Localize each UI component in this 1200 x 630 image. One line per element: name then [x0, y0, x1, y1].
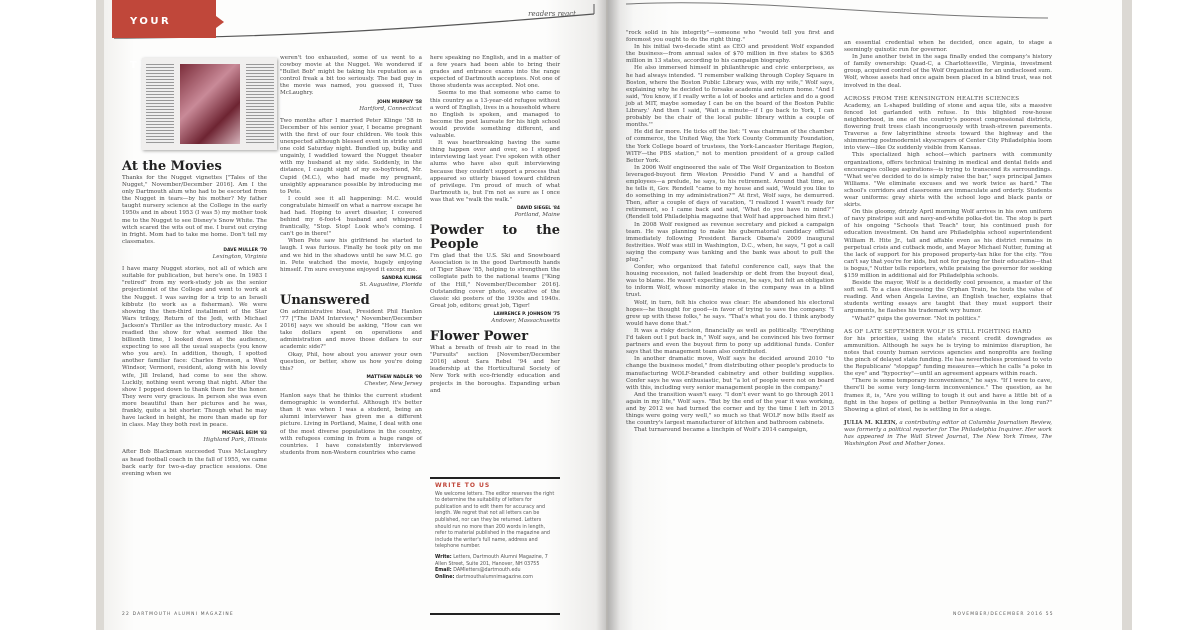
- article-column-1: "rock solid in his integrity"—someone wh…: [626, 30, 834, 434]
- letter-heading: At the Movies: [122, 160, 267, 174]
- letter-body: I have many Nugget stories, not all of w…: [122, 266, 267, 429]
- article-paragraph: "rock solid in his integrity"—someone wh…: [626, 30, 834, 44]
- article-paragraph: Wolf, in turn, felt his choice was clear…: [626, 300, 834, 328]
- letter-heading: Powder to the People: [430, 224, 560, 252]
- magazine-spread: YOUR TURN readers react At the Movies Th…: [96, 0, 1132, 630]
- letter-body: What a breath of fresh air to read in th…: [430, 345, 560, 395]
- letter-signature: MATTHEW NADLER '90: [280, 374, 422, 381]
- running-head: readers react: [528, 10, 576, 18]
- letter-body: Okay, Phil, how about you answer your ow…: [280, 352, 422, 373]
- header-swoosh-rule: [608, 0, 1122, 30]
- write-to-us-title: WRITE TO US: [435, 483, 555, 490]
- letter-location: Chester, New Jersey: [280, 381, 422, 388]
- letter-location: Lexington, Virginia: [122, 254, 267, 261]
- letter-body: I could see it all happening: M.C. would…: [280, 196, 422, 239]
- letter-body: Hanlon says that he thinks the current s…: [280, 393, 422, 457]
- left-page: YOUR TURN readers react At the Movies Th…: [104, 0, 606, 630]
- letter-heading: Flower Power: [430, 330, 560, 344]
- letter-body: Thanks for the Nugget vignettes ["Tales …: [122, 175, 267, 246]
- write-to-us-body: We welcome letters. The editor reserves …: [435, 492, 555, 551]
- author-name: JULIA M. KLEIN,: [844, 420, 897, 426]
- letter-signature: JOHN MURPHY '58: [280, 99, 422, 106]
- left-folio: 22 DARTMOUTH ALUMNI MAGAZINE: [122, 612, 234, 617]
- section-lead-in: ACROSS FROM THE KENSINGTON HEALTH SCIENC…: [844, 96, 1052, 103]
- letter-signature: SANDRA KLINGE: [280, 275, 422, 282]
- thumbnail-text-column: [146, 64, 174, 144]
- previous-issue-thumbnail: [142, 58, 277, 150]
- letter-body: I'm glad that the U.S. Ski and Snowboard…: [430, 253, 560, 310]
- letter-signature: DAVID SIEGEL '84: [430, 205, 560, 212]
- right-page: "rock solid in his integrity"—someone wh…: [608, 0, 1122, 630]
- article-paragraph: He also immersed himself in philanthropi…: [626, 65, 834, 129]
- online-label: Online:: [435, 575, 454, 580]
- letter-body: It was heartbreaking having the same thi…: [430, 140, 560, 204]
- article-paragraph: In June another twist in the saga finall…: [844, 54, 1052, 89]
- letter-body: On administrative bloat, President Phil …: [280, 309, 422, 352]
- letter-location: Andover, Massachusetts: [430, 318, 560, 325]
- letter-signature: MICHAEL BEIM '83: [122, 430, 267, 437]
- article-paragraph: In another dramatic move, Wolf says he d…: [626, 356, 834, 391]
- write-label: Write:: [435, 555, 452, 560]
- right-folio: NOVEMBER/DECEMBER 2016 55: [953, 612, 1054, 617]
- article-paragraph: In his initial two-decade stint as CEO a…: [626, 44, 834, 65]
- letter-location: St. Augustine, Florida: [280, 282, 422, 289]
- letter-body: weren't too exhausted, some of us went t…: [280, 55, 422, 98]
- letter-signature: DAVE MULLER '70: [122, 247, 267, 254]
- thumbnail-text-column: [246, 64, 274, 144]
- thumbnail-illustration: [180, 64, 240, 144]
- letter-body: Seems to me that someone who came to thi…: [430, 90, 560, 140]
- article-paragraph: And the transition wasn't easy. "I don't…: [626, 392, 834, 427]
- article-paragraph: On this gloomy, drizzly April morning Wo…: [844, 209, 1052, 280]
- write-value: Letters, Dartmouth Alumni Magazine, 7 Al…: [435, 555, 548, 567]
- letters-column-2: weren't too exhausted, some of us went t…: [280, 55, 422, 457]
- article-paragraph: In 2006 Wolf engineered the sale of The …: [626, 165, 834, 222]
- letter-body: When Pete saw his girlfriend he started …: [280, 238, 422, 273]
- letter-body: Two months after I married Peter Klinge …: [280, 118, 422, 196]
- write-to-us-box: WRITE TO US We welcome letters. The edit…: [430, 477, 560, 615]
- section-banner: YOUR TURN: [112, 0, 216, 38]
- article-paragraph: In 2008 Wolf resigned as revenue secreta…: [626, 222, 834, 265]
- letter-body: here speaking no English, and in a matte…: [430, 55, 560, 90]
- email-link[interactable]: DAMletters@dartmouth.edu: [453, 568, 520, 573]
- email-line: Email: DAMletters@dartmouth.edu: [435, 568, 555, 575]
- article-paragraph: This specialized high school—which partn…: [844, 152, 1052, 209]
- article-paragraph: It was a risky decision, financially as …: [626, 328, 834, 356]
- letters-column-3: here speaking no English, and in a matte…: [430, 55, 560, 395]
- article-paragraph: Beside the mayor, Wolf is a decidedly co…: [844, 280, 1052, 315]
- spine-gutter: [596, 0, 620, 630]
- online-line: Online: dartmouthalumnimagazine.com: [435, 575, 555, 582]
- article-column-2: an essential credential when he decided,…: [844, 40, 1052, 448]
- letter-location: Hartford, Connecticut: [280, 106, 422, 113]
- article-paragraph: "There is some temporary inconvenience,"…: [844, 378, 1052, 413]
- article-paragraph: That turnaround became a linchpin of Wol…: [626, 427, 834, 434]
- email-label: Email:: [435, 568, 452, 573]
- article-paragraph: Confer, who organized that fateful confe…: [626, 264, 834, 299]
- article-paragraph: He did far more. He ticks off the list: …: [626, 129, 834, 164]
- letters-column-1: At the Movies Thanks for the Nugget vign…: [122, 158, 267, 478]
- article-paragraph: for his priorities, using the state's re…: [844, 336, 1052, 379]
- article-paragraph: an essential credential when he decided,…: [844, 40, 1052, 54]
- section-lead-in: AS OF LATE SEPTEMBER WOLF IS STILL FIGHT…: [844, 329, 1052, 336]
- write-address: Write: Letters, Dartmouth Alumni Magazin…: [435, 555, 555, 568]
- letter-heading: Unanswered: [280, 294, 422, 308]
- letter-location: Portland, Maine: [430, 212, 560, 219]
- letter-signature: LAWRENCE P. JOHNSON '75: [430, 311, 560, 318]
- article-paragraph: "What?" quips the governor. "Not in poli…: [844, 316, 1052, 323]
- author-bio: JULIA M. KLEIN, a contributing editor at…: [844, 420, 1052, 448]
- website-link[interactable]: dartmouthalumnimagazine.com: [456, 575, 533, 580]
- letter-body: After Bob Blackman succeeded Tuss McLaug…: [122, 449, 267, 477]
- article-paragraph: Academy, an L-shaped building of stone a…: [844, 103, 1052, 153]
- letter-location: Highland Park, Illinois: [122, 437, 267, 444]
